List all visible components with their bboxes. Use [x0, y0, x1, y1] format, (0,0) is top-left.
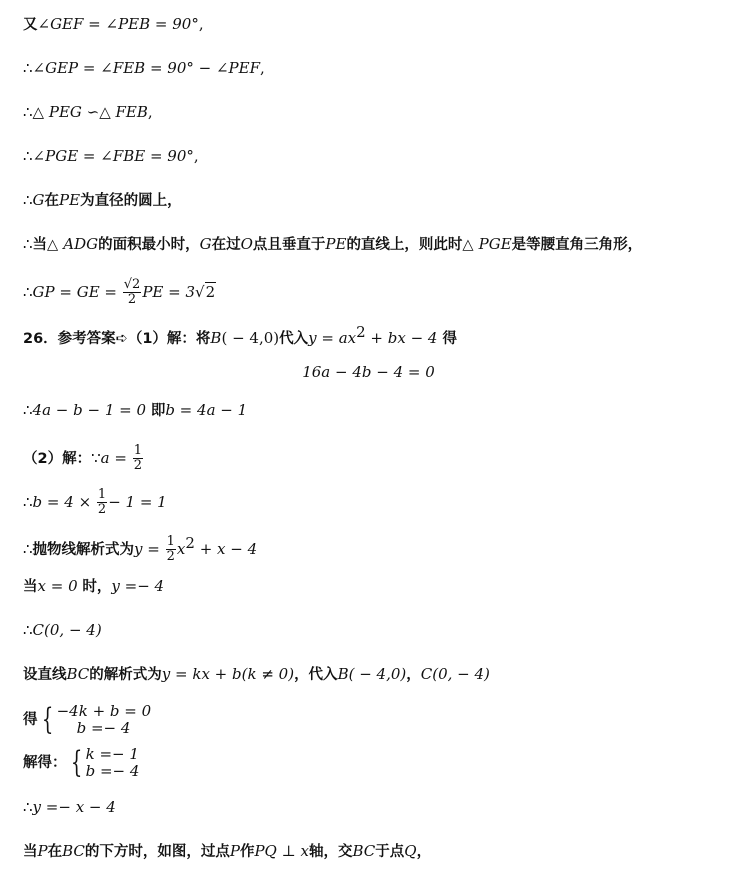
line-13: ∴抛物线解析式为y = 12x2 + x − 4 — [23, 533, 257, 564]
line-6: ∴当△ ADG的面积最小时，G在过O点且垂直于PE的直线上，则此时△ PGE是等… — [23, 234, 642, 255]
line-15: ∴C(0, − 4) — [23, 620, 102, 640]
line-12: ∴b = 4 × 12− 1 = 1 — [23, 488, 167, 517]
fraction: √22 — [123, 278, 142, 307]
equation-system: {k =− 1b =− 4 — [67, 745, 140, 780]
line-18: 解得：{k =− 1b =− 4 — [23, 745, 139, 780]
line-5: ∴G在PE为直径的圆上， — [23, 190, 182, 211]
fraction: 12 — [133, 444, 143, 473]
line-10: ∴4a − b − 1 = 0 即b = 4a − 1 — [23, 400, 247, 421]
line-17: 得{−4k + b = 0b =− 4 — [23, 702, 151, 737]
line-19: ∴y =− x − 4 — [23, 797, 116, 817]
line-3: ∴△ PEG ∽△ FEB, — [23, 102, 153, 122]
line-7: ∴GP = GE = √22PE = 3√2 — [23, 278, 216, 307]
line-14: 当x = 0 时，y =− 4 — [23, 576, 164, 597]
line-9: 16a − 4b − 4 = 0 — [0, 362, 737, 382]
fraction: 12 — [97, 488, 107, 517]
equation-system: {−4k + b = 0b =− 4 — [38, 702, 152, 737]
line-16: 设直线BC的解析式为y = kx + b(k ≠ 0)，代入B( − 4,0)，… — [23, 664, 490, 685]
fraction: 12 — [166, 535, 176, 564]
sqrt: √2 — [195, 282, 216, 301]
line-1: 又∠GEF = ∠PEB = 90°, — [23, 14, 204, 35]
line-4: ∴∠PGE = ∠FBE = 90°, — [23, 146, 199, 166]
line-2: ∴∠GEP = ∠FEB = 90° − ∠PEF, — [23, 58, 265, 78]
line-20: 当P在BC的下方时，如图，过点P作PQ ⊥ x轴，交BC于点Q， — [23, 841, 431, 862]
line-11: （2）解：∵a = 12 — [23, 444, 144, 473]
line-8: 26．参考答案➪（1）解：将B( − 4,0)代入y = ax2 + bx − … — [23, 322, 457, 349]
